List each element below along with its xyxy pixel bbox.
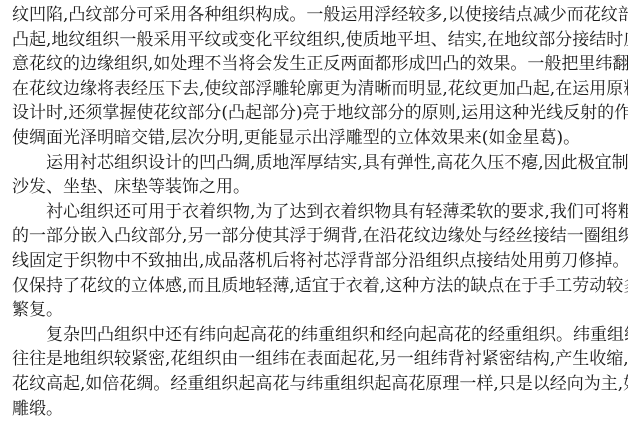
text-line: 纹凹陷,凸纹部分可采用各种组织构成。一般运用浮经较多,以使接结点减少而花纹部分更… [12,3,628,28]
text-line: 沙发、坐垫、床垫等装饰之用。 [12,175,628,200]
paragraph-4: 复杂凹凸组织中还有纬向起高花的纬重组织和经向起高花的经重组织。纬重组织起高花 往… [12,323,628,421]
text-line: 凸起,地纹组织一般采用平纹或变化平纹组织,使质地平坦、结实,在地纹部分接结时应特… [12,28,628,53]
paragraph-1: 纹凹陷,凸纹部分可采用各种组织构成。一般运用浮经较多,以使接结点减少而花纹部分更… [12,3,628,151]
text-line: 雕缎。 [12,397,628,422]
text-line: 线固定于织物中不致抽出,成品落机后将衬芯浮背部分沿组织点接结处用剪刀修掉。这样,… [12,249,628,274]
text-line: 设计时,还须掌握使花纹部分(凸起部分)亮于地纹部分的原则,运用这种光线反射的作用… [12,101,628,126]
text-line: 使绸面光泽明暗交错,层次分明,更能显示出浮雕型的立体效果来(如金星葛)。 [12,126,628,151]
paragraph-3: 衬心组织还可用于衣着织物,为了达到衣着织物具有轻薄柔软的要求,我们可将粗纬衬芯 … [12,200,628,323]
text-line: 仅保持了花纹的立体感,而且质地轻薄,适宜于衣着,这种方法的缺点在于手工劳动较多,… [12,274,628,299]
text-line: 在花纹边缘将表经压下去,使纹部浮雕轮廓更为清晰而明显,花纹更加凸起,在运用原料和… [12,77,628,102]
paragraph-2: 运用衬芯组织设计的凹凸绸,质地浑厚结实,具有弹性,高花久压不瘪,因此极宜制作高级… [12,151,628,200]
text-line: 衬心组织还可用于衣着织物,为了达到衣着织物具有轻薄柔软的要求,我们可将粗纬衬芯 [12,200,628,225]
text-line: 繁复。 [12,298,628,323]
text-line: 花纹高起,如倍花绸。经重组织起高花与纬重组织起高花原理一样,只是以经向为主,如金 [12,372,628,397]
text-line: 往往是地组织较紧密,花组织由一组纬在表面起花,另一组纬背衬紧密结构,产生收缩,使… [12,347,628,372]
text-line: 意花纹的边缘组织,如处理不当将会发生正反两面都形成凹凸的效果。一般把里纬翻到面层… [12,52,628,77]
text-line: 运用衬芯组织设计的凹凸绸,质地浑厚结实,具有弹性,高花久压不瘪,因此极宜制作高级 [12,151,628,176]
document-page: 纹凹陷,凸纹部分可采用各种组织构成。一般运用浮经较多,以使接结点减少而花纹部分更… [12,3,628,421]
text-line: 的一部分嵌入凸纹部分,另一部分使其浮于绸背,在沿花纹边缘处与经丝接结一圈组织点,… [12,224,628,249]
text-line: 复杂凹凸组织中还有纬向起高花的纬重组织和经向起高花的经重组织。纬重组织起高花 [12,323,628,348]
